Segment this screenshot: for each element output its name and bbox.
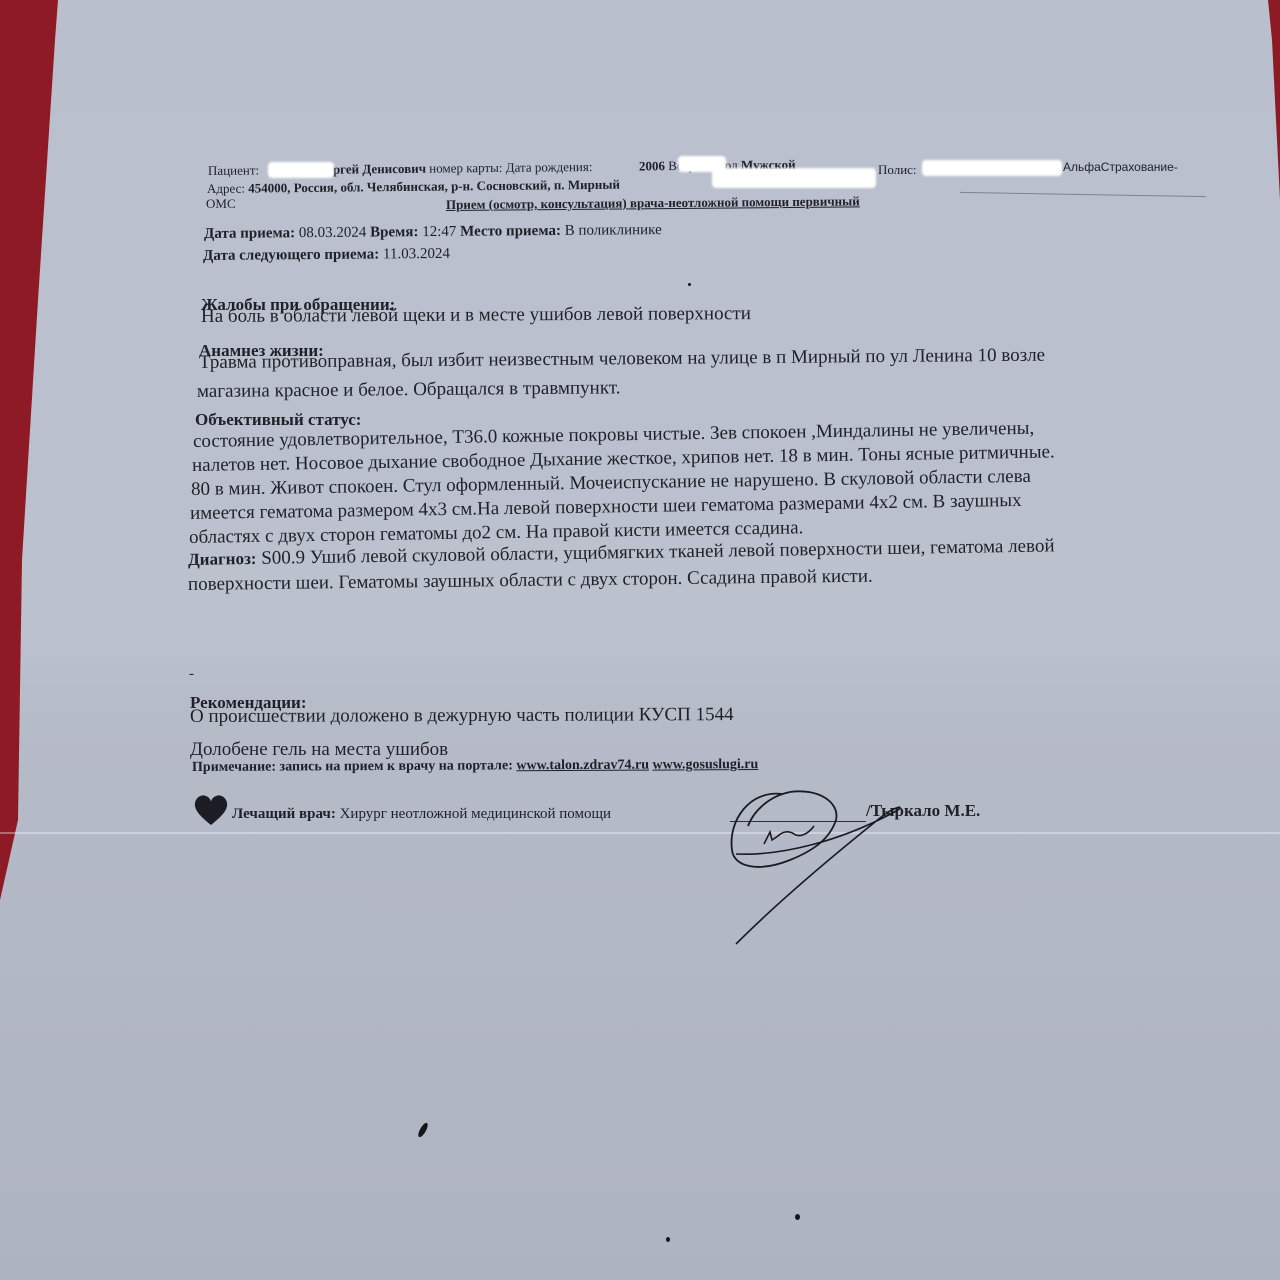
patient-label: Пациент:: [208, 162, 259, 178]
visit-time: 12:47: [422, 224, 456, 240]
policy-line: Полис:: [878, 162, 917, 178]
note-label: Примечание: запись на прием к врачу на п…: [192, 758, 513, 775]
next-visit-date: 11.03.2024: [383, 246, 450, 263]
visit-title: Прием (осмотр, консультация) врача-неотл…: [446, 193, 860, 213]
doctor-line: Лечащий врач: Хирург неотложной медицинс…: [232, 806, 611, 823]
visit-date: 08.03.2024: [299, 225, 367, 242]
header-rule: [960, 192, 1206, 197]
anamnesis-line: Травма противоправная, был избит неизвес…: [199, 345, 1045, 374]
dash: -: [189, 666, 194, 683]
address-line: Адрес: 454000, Россия, обл. Челябинская,…: [207, 177, 620, 197]
visit-date-label: Дата приема:: [204, 225, 295, 242]
heart-icon: [194, 794, 228, 826]
status-title: Объективный статус:: [195, 410, 361, 430]
doctor-role: Хирург неотложной медицинской помощи: [340, 806, 611, 822]
redaction: [922, 160, 1062, 176]
redaction: [268, 162, 334, 178]
visit-date-line: Дата приема: 08.03.2024 Время: 12:47 Мес…: [204, 222, 662, 243]
complaints-text: На боль в области левой щеки и в месте у…: [201, 303, 751, 328]
next-visit-label: Дата следующего приема:: [203, 246, 379, 264]
visit-place-label: Место приема:: [460, 223, 561, 240]
doctor-label: Лечащий врач:: [232, 806, 336, 822]
ink-speck: [795, 1214, 800, 1220]
signature-icon: [720, 780, 920, 950]
insurer-cont: ОМС: [206, 196, 236, 212]
recommend-line: О происшествии доложено в дежурную часть…: [190, 704, 734, 728]
ink-speck: [417, 1121, 429, 1138]
address-value: 454000, Россия, обл. Челябинская, р-н. С…: [248, 177, 620, 196]
redaction: [712, 168, 876, 188]
policy-label: Полис:: [878, 162, 917, 177]
diagnosis-label: Диагноз:: [188, 549, 257, 569]
link-gosuslugi[interactable]: www.gosuslugi.ru: [652, 757, 758, 773]
dob-label: Дата рождения:: [506, 159, 593, 175]
card-label: номер карты:: [429, 160, 502, 176]
next-visit-line: Дата следующего приема: 11.03.2024: [203, 246, 450, 265]
visit-place: В поликлинике: [565, 222, 662, 239]
insurer: АльфаСтрахование-: [1063, 160, 1178, 174]
visit-time-label: Время:: [370, 224, 418, 240]
anamnesis-line: магазина красное и белое. Обращался в тр…: [197, 377, 621, 403]
ink-speck: [666, 1237, 670, 1242]
diagnosis-line: поверхности шеи. Гематомы заушных област…: [188, 566, 873, 596]
recommend-line: Долобене гель на места ушибов: [190, 739, 448, 761]
medical-record: Пациент: Сергей Денисович номер карты: Д…: [0, 0, 1280, 1280]
ink-speck: [688, 283, 691, 286]
link-talon[interactable]: www.talon.zdrav74.ru: [516, 758, 649, 774]
dob-year: 2006: [639, 158, 665, 173]
address-label: Адрес:: [207, 181, 245, 196]
note-line: Примечание: запись на прием к врачу на п…: [192, 757, 758, 776]
